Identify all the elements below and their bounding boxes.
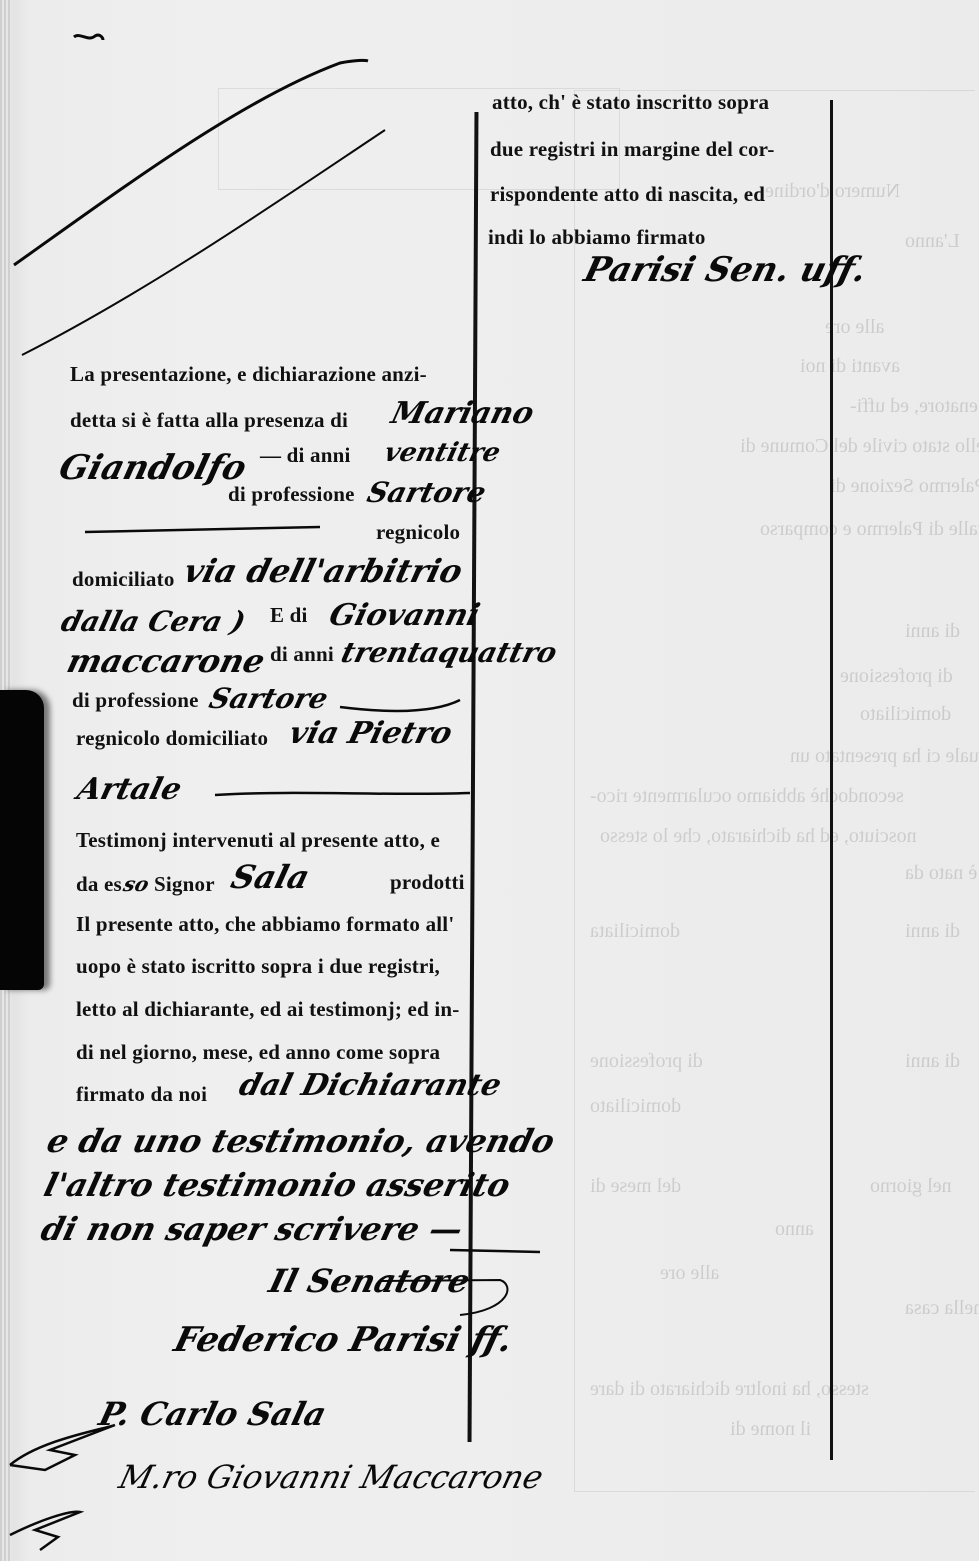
officer-signature: Parisi Sen. uff. bbox=[580, 250, 871, 290]
witness1-address: via dell'arbitrio bbox=[180, 552, 466, 590]
declaration-line: regnicolo domiciliato bbox=[76, 726, 268, 751]
senator-title: Il Senatore bbox=[265, 1262, 474, 1300]
declaration-line: E di bbox=[270, 603, 308, 628]
witness1-first-name: Mariano bbox=[388, 396, 538, 431]
witnesses-line: prodotti bbox=[390, 870, 465, 895]
right-column-line: rispondente atto di nascita, ed bbox=[490, 182, 765, 207]
witness2-address: via Pietro bbox=[286, 716, 456, 751]
witness2-first-name: Giovanni bbox=[326, 598, 484, 633]
witnesses-line: da es bbox=[76, 872, 122, 897]
witness1-age: ventitre bbox=[381, 438, 503, 468]
witnesses-line: Signor bbox=[154, 872, 215, 897]
witness2-profession: Sartore bbox=[206, 682, 332, 715]
declaration-line: di anni bbox=[270, 642, 334, 667]
declaration-line: di professione bbox=[72, 688, 199, 713]
witness2-surname: maccarone bbox=[63, 642, 269, 680]
declaration-line: — di anni bbox=[260, 443, 351, 468]
signed-by-declarant: dal Dichiarante bbox=[236, 1068, 505, 1103]
closing-line: firmato da noi bbox=[76, 1082, 207, 1107]
right-column-line: indi lo abbiamo firmato bbox=[488, 225, 706, 250]
closing-line: uopo è stato iscritto sopra i due regist… bbox=[76, 954, 440, 979]
signature-federico-parisi: Federico Parisi ff. bbox=[170, 1320, 517, 1360]
declaration-line: domiciliato bbox=[72, 567, 175, 592]
declaration-line: La presentazione, e dichiarazione anzi- bbox=[70, 362, 427, 387]
declaration-line: detta si è fatta alla presenza di bbox=[70, 408, 348, 433]
producer-surname: Sala bbox=[227, 858, 313, 896]
declaration-line: di professione bbox=[228, 482, 355, 507]
document-page: Numero d'ordine L'anno alle ore avanti d… bbox=[0, 0, 979, 1561]
closing-line: letto al dichiarante, ed ai testimonj; e… bbox=[76, 997, 459, 1022]
witness1-address-cont: dalla Cera ) bbox=[58, 605, 249, 638]
witnesses-line: Testimonj intervenuti al presente atto, … bbox=[76, 828, 440, 853]
signature-carlo-sala: P. Carlo Sala bbox=[95, 1395, 330, 1433]
right-column-line: atto, ch' è stato inscritto sopra bbox=[492, 90, 769, 115]
signature-giovanni-maccarone: M.ro Giovanni Maccarone bbox=[115, 1458, 547, 1496]
witness2-age: trentaquattro bbox=[338, 636, 561, 669]
right-column-line: due registri in margine del cor- bbox=[490, 137, 775, 162]
handwritten-closing-line: l'altro testimonio asserito bbox=[40, 1166, 514, 1204]
witness1-profession: Sartore bbox=[364, 476, 490, 509]
closing-line: Il presente atto, che abbiamo formato al… bbox=[76, 912, 454, 937]
witness1-surname: Giandolfo bbox=[55, 448, 250, 488]
witness2-address-cont: Artale bbox=[74, 772, 186, 807]
handwritten-closing-line: di non saper scrivere — bbox=[37, 1210, 466, 1248]
closing-line: di nel giorno, mese, ed anno come sopra bbox=[76, 1040, 440, 1065]
handwritten-closing-line: e da uno testimonio, avendo bbox=[43, 1122, 558, 1160]
declaration-line: regnicolo bbox=[376, 520, 460, 545]
